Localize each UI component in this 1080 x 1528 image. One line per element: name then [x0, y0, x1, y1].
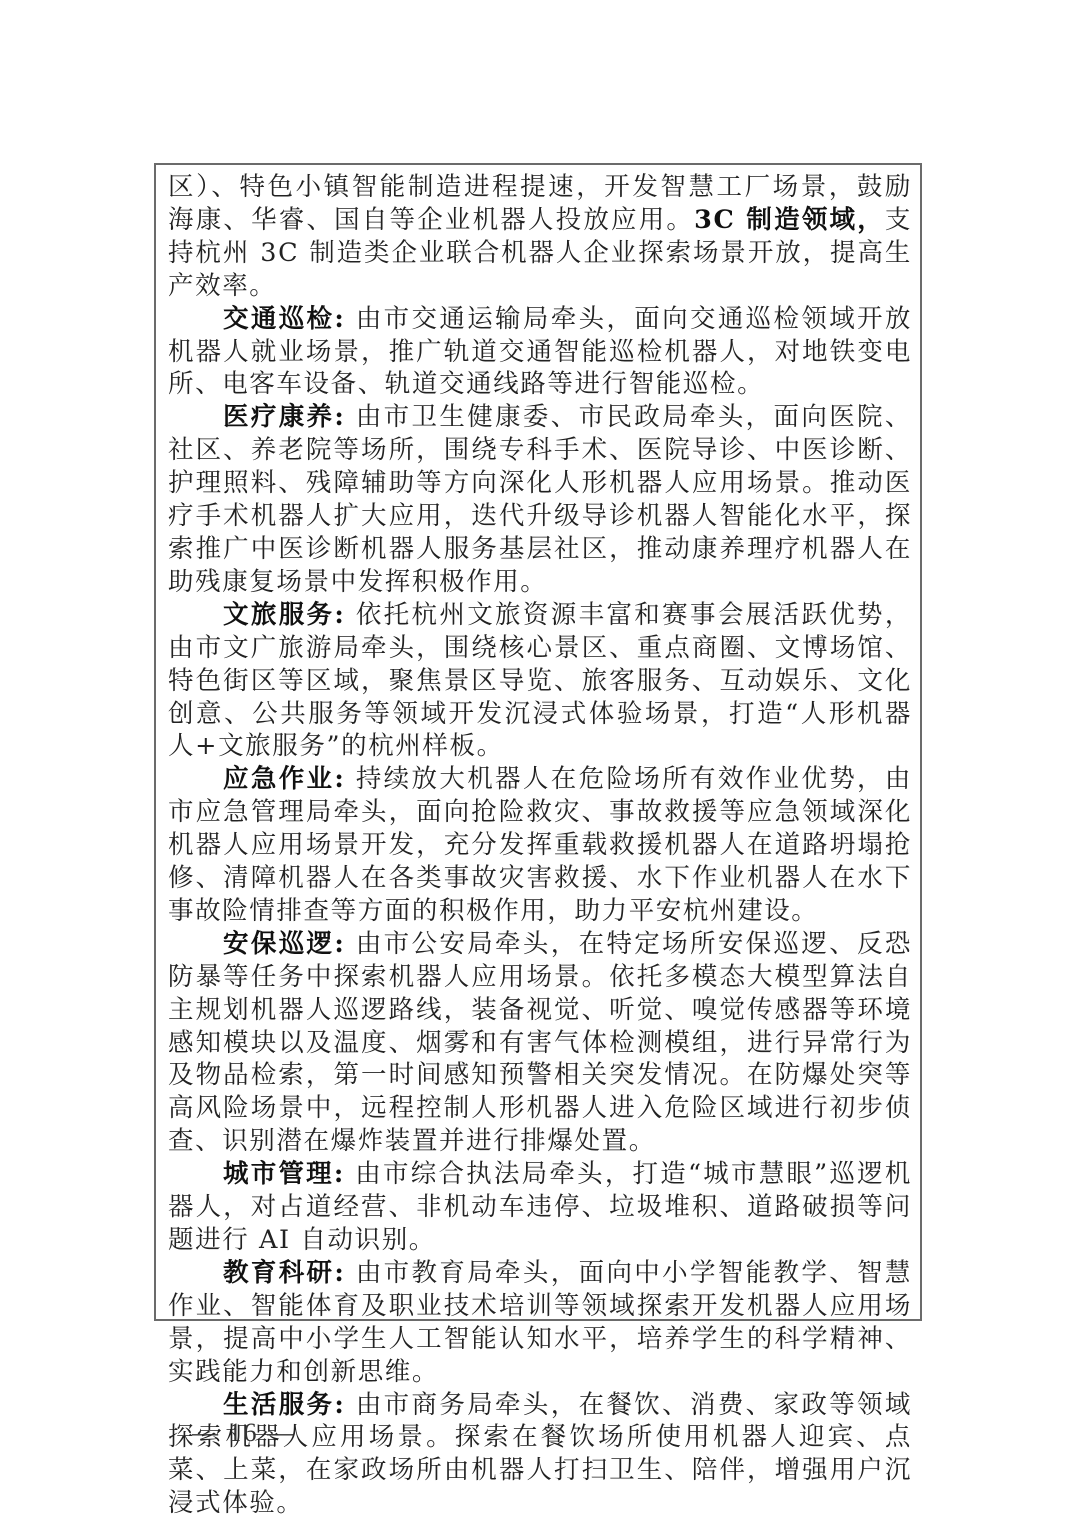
section-life-services: 生活服务: 由市商务局牵头，在餐饮、消费、家政等领域探索机器人应用场景。探索在餐… [168, 1389, 912, 1521]
section-heading: 教育科研: [223, 1258, 345, 1288]
section-heading: 应急作业: [223, 764, 345, 794]
section-heading: 文旅服务: [223, 600, 345, 630]
section-heading: 医疗康养: [223, 402, 345, 432]
section-heading: 城市管理: [223, 1159, 345, 1189]
page-number: — 16 — [192, 1418, 295, 1448]
section-emergency-operations: 应急作业: 持续放大机器人在危险场所有效作业优势，由市应急管理局牵头，面向抢险救… [168, 763, 912, 928]
section-medical-care: 医疗康养: 由市卫生健康委、市民政局牵头，面向医院、社区、养老院等场所，围绕专科… [168, 401, 912, 598]
paragraph-3c-manufacturing: 区）、特色小镇智能制造进程提速，开发智慧工厂场景，鼓励海康、华睿、国自等企业机器… [168, 171, 912, 303]
section-body: 由市公安局牵头，在特定场所安保巡逻、反恐防暴等任务中探索机器人应用场景。依托多模… [168, 929, 912, 1156]
paragraph-bold-term: 3C 制造领域， [694, 205, 885, 235]
section-security-patrol: 安保巡逻: 由市公安局牵头，在特定场所安保巡逻、反恐防暴等任务中探索机器人应用场… [168, 928, 912, 1158]
section-heading: 交通巡检: [223, 304, 345, 334]
section-heading: 安保巡逻: [223, 929, 345, 959]
section-culture-tourism: 文旅服务: 依托杭州文旅资源丰富和赛事会展活跃优势，由市文广旅游局牵头，围绕核心… [168, 599, 912, 764]
content-frame: 区）、特色小镇智能制造进程提速，开发智慧工厂场景，鼓励海康、华睿、国自等企业机器… [154, 163, 922, 1321]
section-traffic-inspection: 交通巡检: 由市交通运输局牵头，面向交通巡检领域开放机器人就业场景，推广轨道交通… [168, 303, 912, 402]
section-heading: 生活服务: [223, 1390, 345, 1420]
section-city-management: 城市管理: 由市综合执法局牵头，打造“城市慧眼”巡逻机器人，对占道经营、非机动车… [168, 1158, 912, 1257]
section-education-research: 教育科研: 由市教育局牵头，面向中小学智能教学、智慧作业、智能体育及职业技术培训… [168, 1257, 912, 1389]
